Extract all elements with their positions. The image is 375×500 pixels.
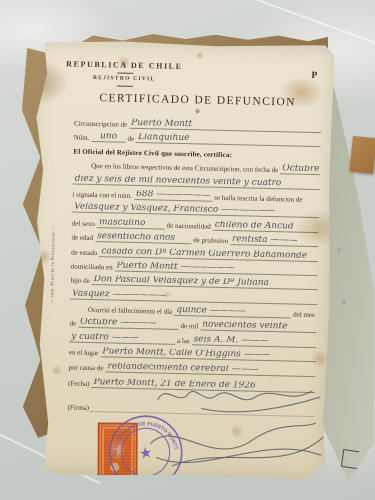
field-value-handwritten: Octubre	[280, 164, 320, 175]
field-label: de	[125, 135, 136, 143]
field-label: del sexo	[72, 219, 97, 228]
field-dia-fallecimiento: Ocurrió el fallecimiento el día quince —…	[70, 304, 317, 320]
field-label: i signada con el núm.	[72, 190, 134, 199]
field-label: (Fecha)	[68, 379, 92, 388]
field-estado-civil: de estado casado con Dª Cármen Guerrero …	[71, 246, 318, 262]
field-label: a las	[175, 337, 192, 345]
field-fecha-registro: Que en los libros respectivos de esta Ci…	[73, 160, 320, 176]
field-label: Ocurrió el fallecimiento el día	[88, 306, 175, 316]
field-label: de nacionalidad	[165, 221, 213, 230]
field-label: Núm.	[74, 134, 92, 142]
field-edad-profesion: de edad sesentiocho años de profesion re…	[71, 232, 318, 248]
field-label: en el lugar	[69, 349, 101, 358]
field-padres: hijo de Don Pascual Velásquez y de Dª Ju…	[70, 275, 317, 291]
field-label: del mes	[291, 311, 317, 320]
field-value-handwritten: novecientos veinte	[200, 321, 316, 334]
tan-paper-scrap	[349, 136, 375, 174]
field-value-handwritten: Puerto Montt, Calle O'Higgins ———	[100, 347, 316, 362]
field-value-handwritten: 688 ——————	[134, 190, 212, 202]
field-value-handwritten: Llanquihue	[136, 133, 321, 147]
field-lugar: en el lugar Puerto Montt, Calle O'Higgin…	[69, 347, 316, 363]
office-heading: REJISTRO CIVIL	[61, 74, 187, 83]
field-value-handwritten: casado con Dª Cármen Guerrero Bahamonde	[99, 247, 318, 262]
field-value-handwritten: quince ————	[174, 306, 291, 319]
field-mes-anio: de Octubre ———— de mil novecientos veint…	[69, 318, 316, 334]
field-value-handwritten: Puerto Montt	[129, 119, 321, 133]
field-label: de mil	[178, 322, 200, 330]
field-value-handwritten: Don Pascual Velásquez y de Dª Juliana	[92, 275, 318, 290]
header-rule	[117, 73, 133, 74]
printer-imprint: — Imp. Penal de la Penitenciaría —	[49, 217, 56, 303]
field-label: (Firma)	[68, 403, 92, 412]
blue-pen-mark: o	[342, 298, 346, 306]
field-numero: Núm. uno de Llanquihue	[74, 132, 321, 148]
field-label: por causa de	[68, 363, 105, 372]
field-label: hijo de	[70, 277, 91, 285]
field-value-handwritten: masculino	[97, 218, 165, 230]
header-rule	[117, 86, 133, 87]
certificate-paper: REPUBLICA DE CHILE REJISTRO CIVIL P CERT…	[24, 39, 336, 482]
field-label: Circunscripcion de	[74, 120, 129, 129]
field-value-handwritten: diez y seis de mil novecientos veinte y …	[73, 174, 320, 190]
field-value-handwritten: uno	[91, 132, 125, 143]
field-label: de estado	[71, 248, 99, 257]
field-label: de edad	[71, 234, 95, 243]
field-label: Que en los libros respectivos de esta Ci…	[91, 162, 280, 174]
field-value-handwritten: y cuatro ———	[69, 332, 175, 344]
bracket-pen-mark	[341, 449, 359, 469]
field-sexo-nacionalidad: del sexo masculino de nacionalidad chile…	[72, 217, 319, 233]
page-marker: P	[311, 71, 317, 81]
field-nombre-difunto: Velásquez y Vásquez, Francisco ——————	[72, 203, 319, 219]
field-value-handwritten: sesentiocho años	[95, 232, 191, 244]
field-hora: y cuatro ——— a las seis A. M. ———	[69, 332, 316, 348]
field-domicilio: domiciliado en Puerto Montt ——————	[71, 260, 318, 276]
registro-civil-seal: REJISTRO CIVIL DE PUERTO MONTT · CHILE ·…	[101, 408, 190, 482]
blue-pen-mark: c	[338, 246, 341, 254]
field-label: domiciliado en	[71, 262, 115, 271]
field-label: de profesion	[191, 236, 230, 245]
field-value-handwritten: chileno de Ancud	[213, 220, 319, 232]
field-value-handwritten: Vásquez ——————	[70, 289, 317, 305]
form-body: Circunscripcion de Puerto Montt Núm. uno…	[68, 118, 321, 377]
country-heading: REPUBLICA DE CHILE	[61, 59, 187, 71]
field-value-handwritten: Velásquez y Vásquez, Francisco ——————	[72, 203, 319, 219]
field-label: se halla inscrita la defuncion de	[212, 194, 305, 204]
certify-statement: El Oficial del Rejistro Civil que suscri…	[73, 146, 320, 161]
field-value-handwritten: rentista ———	[230, 235, 319, 247]
seal-emblem-icon: ★	[139, 444, 153, 461]
field-circunscripcion: Circunscripcion de Puerto Montt	[74, 118, 321, 134]
field-label: de	[69, 320, 78, 328]
field-fecha-registro-cont: diez y seis de mil novecientos veinte y …	[73, 174, 320, 190]
field-value-handwritten: Octubre ————	[78, 318, 179, 330]
field-padres-cont: Vásquez ——————	[70, 289, 317, 305]
field-value-handwritten: Puerto Montt ——————	[115, 261, 318, 276]
photo-scene: c o REPUBLICA DE CHILE REJISTRO CIVIL P …	[0, 0, 375, 500]
field-value-handwritten: seis A. M. ———	[192, 335, 317, 348]
field-numero-inscripcion: i signada con el núm. 688 —————— se hall…	[72, 188, 319, 204]
